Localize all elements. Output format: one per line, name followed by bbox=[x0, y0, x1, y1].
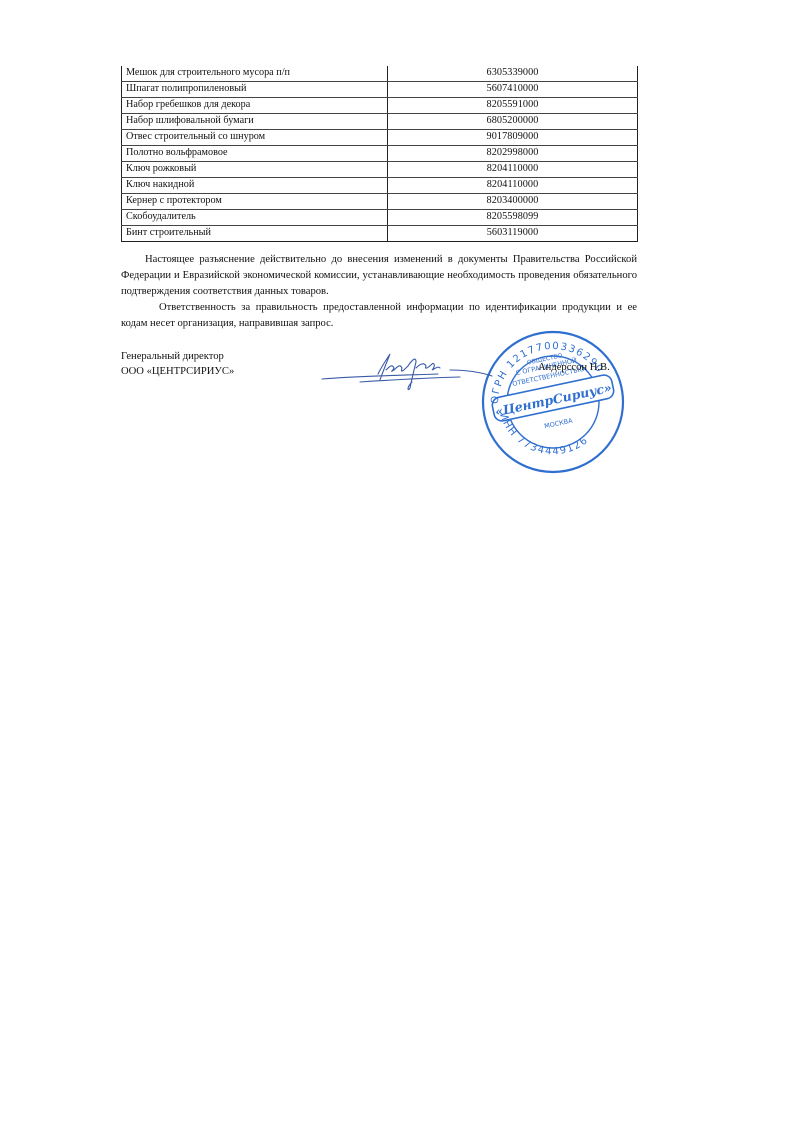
tn-ved-code-cell: 8204110000 bbox=[388, 162, 638, 178]
product-name-cell: Мешок для строительного мусора п/п bbox=[122, 66, 388, 82]
tn-ved-code-cell: 9017809000 bbox=[388, 130, 638, 146]
signatory-title: Генеральный директор ООО «ЦЕНТРСИРИУС» bbox=[121, 349, 234, 379]
handwritten-signature bbox=[320, 348, 500, 398]
tn-ved-code-cell: 5603119000 bbox=[388, 226, 638, 242]
table-row: Скобоудалитель8205598099 bbox=[122, 210, 638, 226]
product-codes-table: Мешок для строительного мусора п/п630533… bbox=[121, 66, 638, 242]
table-row: Бинт строительный5603119000 bbox=[122, 226, 638, 242]
product-name-cell: Полотно вольфрамовое bbox=[122, 146, 388, 162]
table-row: Полотно вольфрамовое8202998000 bbox=[122, 146, 638, 162]
product-name-cell: Шпагат полипропиленовый bbox=[122, 82, 388, 98]
tn-ved-code-cell: 6305339000 bbox=[388, 66, 638, 82]
tn-ved-code-cell: 8204110000 bbox=[388, 178, 638, 194]
product-name-cell: Скобоудалитель bbox=[122, 210, 388, 226]
product-name-cell: Кернер с протектором bbox=[122, 194, 388, 210]
product-name-cell: Набор гребешков для декора bbox=[122, 98, 388, 114]
tn-ved-code-cell: 8202998000 bbox=[388, 146, 638, 162]
validity-paragraph: Настоящее разъяснение действительно до в… bbox=[121, 252, 637, 300]
signatory-position: Генеральный директор bbox=[121, 349, 234, 364]
signatory-company: ООО «ЦЕНТРСИРИУС» bbox=[121, 364, 234, 379]
document-page: Мешок для строительного мусора п/п630533… bbox=[0, 0, 793, 1122]
product-name-cell: Набор шлифовальной бумаги bbox=[122, 114, 388, 130]
tn-ved-code-cell: 8203400000 bbox=[388, 194, 638, 210]
product-name-cell: Отвес строительный со шнуром bbox=[122, 130, 388, 146]
signatory-name: Андерссон Н.В. bbox=[538, 362, 610, 373]
tn-ved-code-cell: 8205598099 bbox=[388, 210, 638, 226]
table-row: Набор гребешков для декора8205591000 bbox=[122, 98, 638, 114]
table-row: Набор шлифовальной бумаги6805200000 bbox=[122, 114, 638, 130]
tn-ved-code-cell: 5607410000 bbox=[388, 82, 638, 98]
table-row: Ключ рожковый8204110000 bbox=[122, 162, 638, 178]
tn-ved-code-cell: 6805200000 bbox=[388, 114, 638, 130]
product-name-cell: Бинт строительный bbox=[122, 226, 388, 242]
product-name-cell: Ключ накидной bbox=[122, 178, 388, 194]
table-row: Мешок для строительного мусора п/п630533… bbox=[122, 66, 638, 82]
tn-ved-code-cell: 8205591000 bbox=[388, 98, 638, 114]
table-row: Отвес строительный со шнуром9017809000 bbox=[122, 130, 638, 146]
table-row: Шпагат полипропиленовый5607410000 bbox=[122, 82, 638, 98]
table-row: Ключ накидной8204110000 bbox=[122, 178, 638, 194]
product-name-cell: Ключ рожковый bbox=[122, 162, 388, 178]
company-seal: ОГРН 1217700336290 ИНН 7734449126 ОБЩЕСТ… bbox=[478, 326, 628, 476]
table-row: Кернер с протектором8203400000 bbox=[122, 194, 638, 210]
seal-city: МОСКВА bbox=[543, 416, 573, 430]
